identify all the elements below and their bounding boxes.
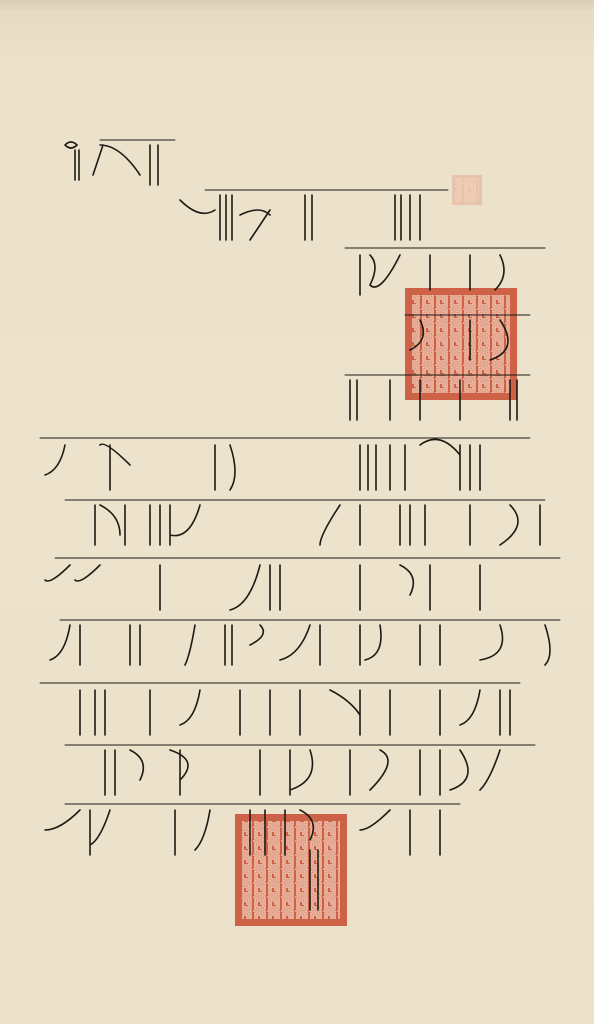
text-line-9: Line 9 [60,614,560,626]
text-line-10: Line 10 [40,677,520,689]
text-line-7: Line 7 [65,494,545,506]
text-line-2: Line 2 [200,184,450,196]
large-seal-middle [405,288,517,400]
text-line-4: Line 4 [400,309,530,321]
text-line-11: Line 11 [65,739,535,751]
large-seal-bottom [235,814,347,926]
text-line-3: Line 3 [340,242,540,254]
small-seal [452,175,482,205]
text-line-6: Line 6 [40,432,530,444]
calligraphy-canvas [0,0,594,1024]
text-line-5: Line 5 [340,369,530,381]
document-page: Opening line with invocation mark Line 2… [0,0,594,1024]
text-line-8: Line 8 [55,552,560,564]
text-line-12: Line 12 [65,798,460,810]
text-line-1: Opening line with invocation mark [60,139,180,151]
